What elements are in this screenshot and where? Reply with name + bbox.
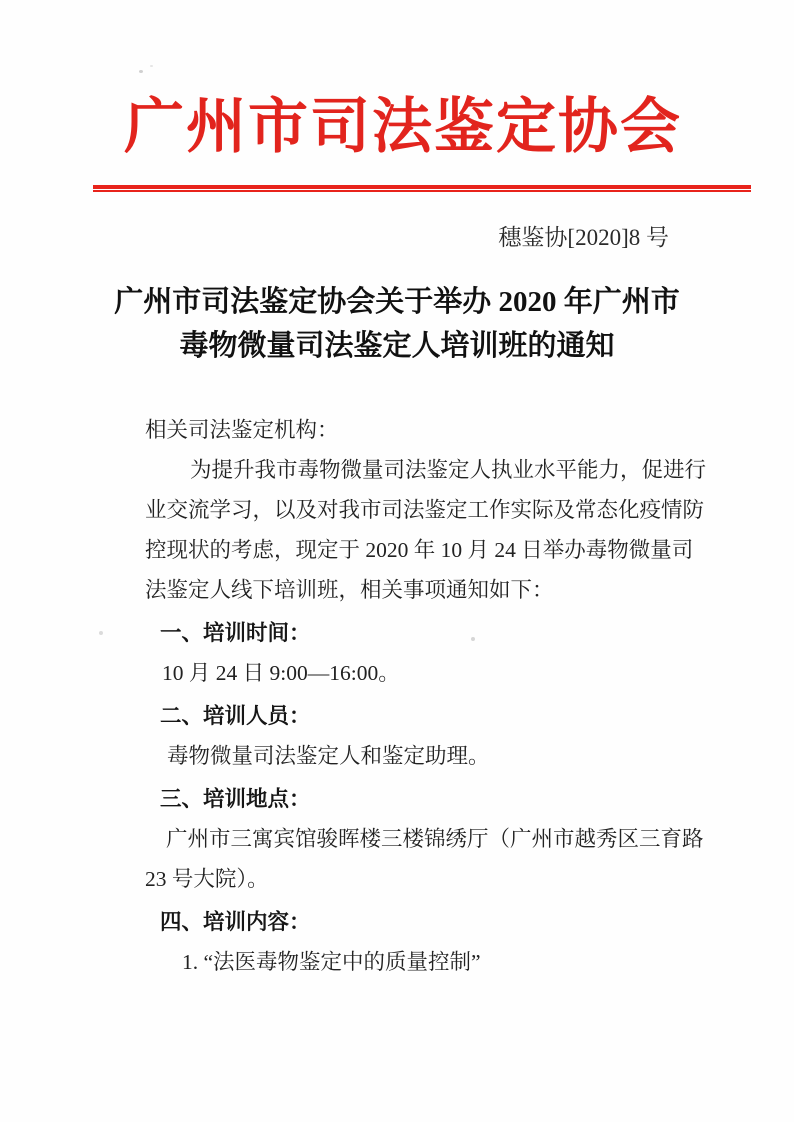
notice-body: 相关司法鉴定机构： 为提升我市毒物微量司法鉴定人执业水平能力，促进行 业交流学习… (145, 410, 710, 982)
section-training-people: 二、培训人员： 毒物微量司法鉴定人和鉴定助理。 (145, 696, 710, 776)
section-training-content: 四、培训内容： 1. “法医毒物鉴定中的质量控制” (145, 902, 710, 982)
letterhead-divider-rule (93, 185, 751, 192)
letterhead-org-name: 广州市司法鉴定协会 (93, 88, 713, 166)
scanned-notice-page: 广州市司法鉴定协会 穗鉴协[2020]8 号 广州市司法鉴定协会关于举办 202… (0, 0, 794, 1122)
salutation-line: 相关司法鉴定机构： (145, 410, 710, 450)
scan-noise-speck (99, 631, 103, 635)
doc-reference-number: 穗鉴协[2020]8 号 (0, 222, 669, 254)
section-content-people: 毒物微量司法鉴定人和鉴定助理。 (145, 736, 710, 776)
scan-noise-speck (150, 65, 153, 67)
section-content-content: 1. “法医毒物鉴定中的质量控制” (145, 942, 710, 982)
scan-noise-speck (471, 637, 475, 641)
section-heading-time: 一、培训时间： (145, 613, 710, 653)
intro-paragraph: 为提升我市毒物微量司法鉴定人执业水平能力，促进行 业交流学习，以及对我市司法鉴定… (145, 450, 710, 610)
section-heading-content: 四、培训内容： (145, 902, 710, 942)
section-heading-place: 三、培训地点： (145, 779, 710, 819)
section-content-place: 广州市三寓宾馆骏晖楼三楼锦绣厅（广州市越秀区三育路 23 号大院）。 (145, 819, 710, 899)
section-heading-people: 二、培训人员： (145, 696, 710, 736)
section-content-time: 10 月 24 日 9:00—16:00。 (145, 653, 710, 693)
section-training-time: 一、培训时间： 10 月 24 日 9:00—16:00。 (145, 613, 710, 693)
scan-noise-speck (139, 70, 143, 73)
section-training-place: 三、培训地点： 广州市三寓宾馆骏晖楼三楼锦绣厅（广州市越秀区三育路 23 号大院… (145, 779, 710, 899)
notice-title: 广州市司法鉴定协会关于举办 2020 年广州市 毒物微量司法鉴定人培训班的通知 (60, 280, 734, 368)
